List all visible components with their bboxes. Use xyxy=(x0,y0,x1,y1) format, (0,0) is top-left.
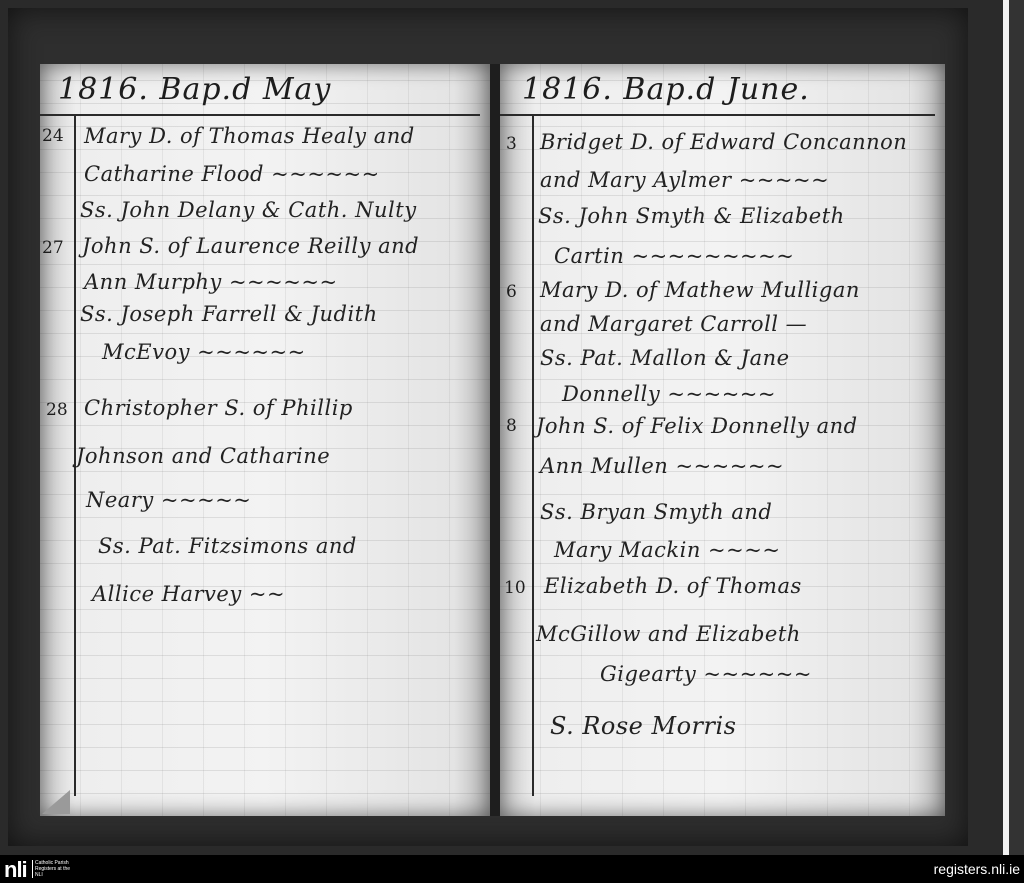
entry-day: 28 xyxy=(46,400,68,420)
entry-line: Ss. John Smyth & Elizabeth xyxy=(538,204,845,228)
book-gutter xyxy=(490,64,500,816)
entry-line: Elizabeth D. of Thomas xyxy=(544,574,802,598)
entry-line: John S. of Laurence Reilly and xyxy=(82,234,419,258)
entry-day: 6 xyxy=(506,282,517,302)
entry-line: Christopher S. of Phillip xyxy=(84,396,353,420)
entry-line: Bridget D. of Edward Concannon xyxy=(540,130,907,154)
heading-rule xyxy=(40,114,480,116)
entry-line: Cartin ~~~~~~~~~ xyxy=(554,244,794,268)
logo-separator xyxy=(32,860,33,878)
page-fold-corner xyxy=(42,790,70,814)
entry-line: and Mary Aylmer ~~~~~ xyxy=(540,168,829,192)
footer-bar: nli Catholic Parish Registers at the NLI… xyxy=(0,855,1024,883)
entry-line: Mary D. of Mathew Mulligan xyxy=(540,278,860,302)
scan-edge xyxy=(1009,0,1024,855)
entry-line: McEvoy ~~~~~~ xyxy=(102,340,306,364)
entry-line: S. Rose Morris xyxy=(550,712,736,740)
entry-line: Mary D. of Thomas Healy and xyxy=(84,124,415,148)
entry-line: Ann Murphy ~~~~~~ xyxy=(84,270,338,294)
heading-rule xyxy=(500,114,935,116)
entry-day: 3 xyxy=(506,134,517,154)
entry-line: Ss. Pat. Fitzsimons and xyxy=(98,534,357,558)
entry-line: Mary Mackin ~~~~ xyxy=(554,538,780,562)
left-page: 1816. Bap.d May 24 Mary D. of Thomas Hea… xyxy=(40,64,490,816)
registers-site-link[interactable]: registers.nli.ie xyxy=(934,861,1020,877)
entry-line: Donnelly ~~~~~~ xyxy=(562,382,776,406)
nli-logo: nli xyxy=(4,859,27,881)
entry-line: Ss. Pat. Mallon & Jane xyxy=(540,346,790,370)
entry-line: Johnson and Catharine xyxy=(76,444,330,468)
logo-caption: Catholic Parish Registers at the NLI xyxy=(35,860,75,878)
entry-day: 24 xyxy=(42,126,64,146)
right-page-heading: 1816. Bap.d June. xyxy=(522,72,810,107)
entry-line: and Margaret Carroll — xyxy=(540,312,807,336)
entry-line: Ss. Joseph Farrell & Judith xyxy=(80,302,378,326)
right-page: 1816. Bap.d June. 3 Bridget D. of Edward… xyxy=(500,64,945,816)
entry-day: 27 xyxy=(42,238,64,258)
entry-line: Ss. Bryan Smyth and xyxy=(540,500,772,524)
entry-line: Ss. John Delany & Cath. Nulty xyxy=(80,198,417,222)
entry-line: McGillow and Elizabeth xyxy=(536,622,801,646)
register-scan-image: 1816. Bap.d May 24 Mary D. of Thomas Hea… xyxy=(0,0,1024,855)
left-page-heading: 1816. Bap.d May xyxy=(58,72,331,107)
entry-line: Ann Mullen ~~~~~~ xyxy=(540,454,784,478)
entry-line: Catharine Flood ~~~~~~ xyxy=(84,162,380,186)
margin-line xyxy=(532,114,534,796)
entry-line: Neary ~~~~~ xyxy=(86,488,251,512)
entry-day: 8 xyxy=(506,416,517,436)
entry-line: Allice Harvey ~~ xyxy=(92,582,285,606)
entry-line: John S. of Felix Donnelly and xyxy=(536,414,858,438)
entry-day: 10 xyxy=(504,578,526,598)
entry-line: Gigearty ~~~~~~ xyxy=(600,662,812,686)
